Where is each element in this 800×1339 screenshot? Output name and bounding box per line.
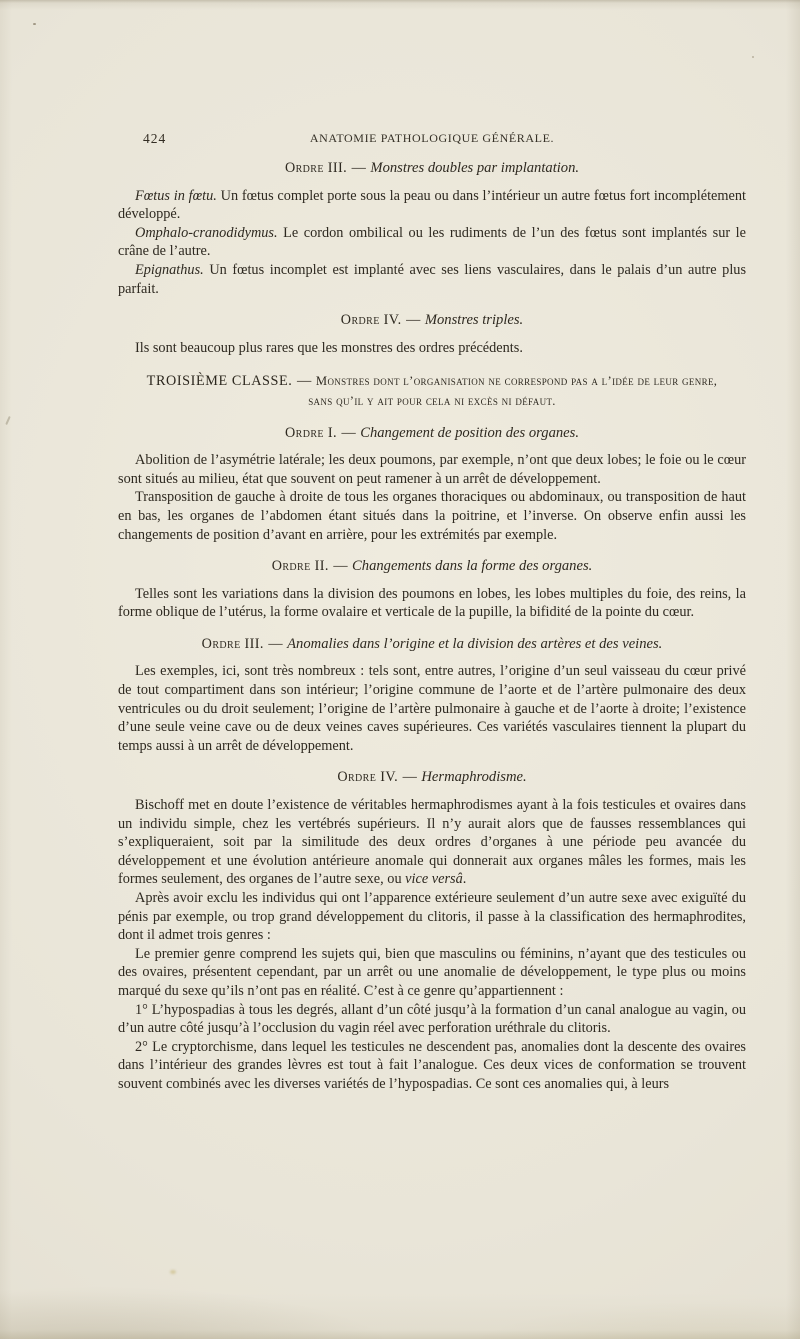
latin-term: vice versâ bbox=[405, 871, 463, 887]
paragraph-epignathus: Epignathus. Un fœtus incomplet est impla… bbox=[118, 261, 746, 298]
class-definition-part1: Monstres dont l’organisation ne correspo… bbox=[316, 374, 717, 388]
paragraph-monstres-rares: Ils sont beaucoup plus rares que les mon… bbox=[118, 339, 746, 358]
species-term: Fœtus in fœtu. bbox=[135, 188, 217, 204]
class-definition-part2: sans qu’il y ait pour cela ni excès ni d… bbox=[118, 392, 746, 411]
section-heading-ordre3-anomalies: Ordre III. — Anomalies dans l’origine et… bbox=[118, 635, 746, 654]
order-title: Anomalies dans l’origine et la division … bbox=[287, 636, 662, 652]
paragraph-abolition-asymetrie: Abolition de l’asymétrie latérale; les d… bbox=[118, 451, 746, 488]
em-dash: — bbox=[405, 312, 421, 328]
order-label: Ordre III. bbox=[285, 160, 347, 176]
page-bottom-curl-shadow bbox=[0, 1269, 800, 1339]
paragraph-text: Un fœtus incomplet est implanté avec ses… bbox=[118, 262, 746, 297]
species-term: Epignathus. bbox=[135, 262, 204, 278]
page-header: 424 ANATOMIE PATHOLOGIQUE GÉNÉRALE. bbox=[118, 129, 746, 146]
paragraph-transposition: Transposition de gauche à droite de tous… bbox=[118, 488, 746, 544]
page-content: 424 ANATOMIE PATHOLOGIQUE GÉNÉRALE. Ordr… bbox=[118, 129, 746, 1094]
order-title: Changement de position des organes. bbox=[360, 425, 579, 441]
paragraph-text: . bbox=[463, 871, 467, 887]
order-title: Monstres triples. bbox=[425, 312, 523, 328]
section-heading-ordre1-position: Ordre I. — Changement de position des or… bbox=[118, 424, 746, 443]
class-heading-troisieme-classe: TROISIÈME CLASSE. — Monstres dont l’orga… bbox=[118, 372, 746, 410]
scan-speck bbox=[170, 1270, 176, 1274]
em-dash: — bbox=[296, 373, 312, 389]
paragraph-foetus-in-foetu: Fœtus in fœtu. Un fœtus complet porte so… bbox=[118, 187, 746, 224]
section-heading-ordre4-triples: Ordre IV. — Monstres triples. bbox=[118, 311, 746, 330]
order-label: Ordre II. bbox=[272, 558, 329, 574]
order-label: Ordre IV. bbox=[337, 769, 398, 785]
section-heading-ordre2-forme: Ordre II. — Changements dans la forme de… bbox=[118, 557, 746, 576]
paragraph-hypospadias: 1° L’hypospadias à tous les degrés, alla… bbox=[118, 1001, 746, 1038]
paragraph-omphalo-cranodidymus: Omphalo-cranodidymus. Le cordon ombilica… bbox=[118, 224, 746, 261]
order-title: Changements dans la forme des organes. bbox=[352, 558, 592, 574]
section-heading-ordre4-hermaphrodisme: Ordre IV. — Hermaphrodisme. bbox=[118, 768, 746, 787]
class-label: TROISIÈME CLASSE. bbox=[147, 373, 293, 389]
paragraph-variations-forme: Telles sont les variations dans la divis… bbox=[118, 585, 746, 622]
paragraph-premier-genre: Le premier genre comprend les sujets qui… bbox=[118, 945, 746, 1001]
page-number: 424 bbox=[143, 130, 166, 149]
order-label: Ordre III. bbox=[202, 636, 264, 652]
em-dash: — bbox=[402, 769, 418, 785]
em-dash: — bbox=[341, 425, 357, 441]
em-dash: — bbox=[351, 160, 367, 176]
running-title: ANATOMIE PATHOLOGIQUE GÉNÉRALE. bbox=[310, 131, 554, 145]
paragraph-cryptorchisme: 2° Le cryptorchisme, dans lequel les tes… bbox=[118, 1038, 746, 1094]
paragraph-bischoff: Bischoff met en doute l’existence de vér… bbox=[118, 796, 746, 889]
scan-speck bbox=[33, 23, 36, 25]
paragraph-exemples-vasculaires: Les exemples, ici, sont très nombreux : … bbox=[118, 662, 746, 755]
scan-speck bbox=[752, 56, 754, 58]
section-heading-ordre3-doubles: Ordre III. — Monstres doubles par implan… bbox=[118, 159, 746, 178]
em-dash: — bbox=[267, 636, 283, 652]
order-title: Monstres doubles par implantation. bbox=[370, 160, 579, 176]
order-label: Ordre IV. bbox=[341, 312, 402, 328]
species-term: Omphalo-cranodidymus. bbox=[135, 225, 278, 241]
order-label: Ordre I. bbox=[285, 425, 337, 441]
order-title: Hermaphrodisme. bbox=[421, 769, 526, 785]
em-dash: — bbox=[332, 558, 348, 574]
class-heading-line1: TROISIÈME CLASSE. — Monstres dont l’orga… bbox=[118, 372, 746, 391]
paragraph-apres-exclusion: Après avoir exclu les individus qui ont … bbox=[118, 889, 746, 945]
